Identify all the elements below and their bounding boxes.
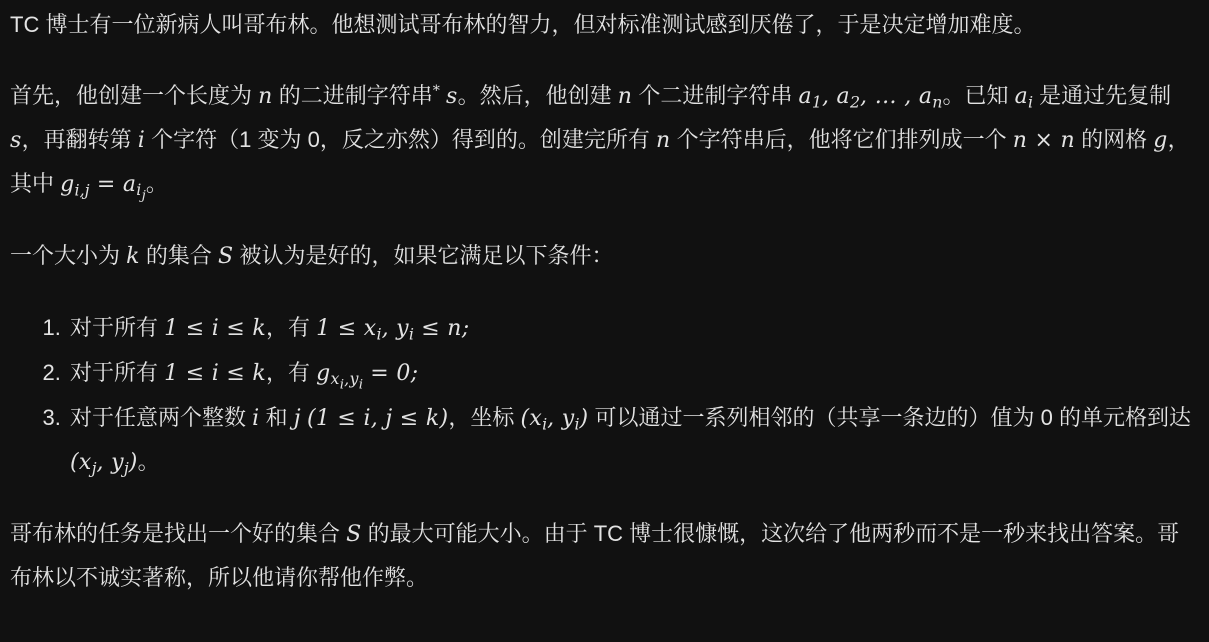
math-inline: n: [258, 84, 272, 109]
math-inline: =: [90, 172, 123, 197]
math-inline: S: [346, 522, 361, 547]
math-inline: ,: [382, 316, 397, 341]
math-inline: ;: [462, 316, 470, 341]
math-inline: ;: [411, 361, 419, 386]
math-inline: a2: [837, 84, 861, 109]
math-inline: = 0: [363, 361, 411, 386]
math-inline: s: [10, 128, 22, 153]
math-inline: ≤ n: [414, 316, 462, 341]
math-inline: xi: [364, 316, 382, 341]
math-inline: a1: [798, 84, 822, 109]
math-inline: 1 ≤: [316, 316, 364, 341]
list-item: 对于任意两个整数 i 和 j (1 ≤ i, j ≤ k)，坐标 (xi, yi…: [67, 396, 1201, 484]
math-inline: xj: [79, 450, 97, 475]
paragraph: 一个大小为 k 的集合 S 被认为是好的，如果它满足以下条件：: [10, 234, 1201, 278]
math-inline: i: [138, 128, 145, 153]
math-inline: yj: [111, 450, 129, 475]
math-inline: ,: [547, 406, 562, 431]
list-item: 对于所有 1 ≤ i ≤ k，有 1 ≤ xi, yi ≤ n;: [67, 306, 1201, 350]
list-item: 对于所有 1 ≤ i ≤ k，有 gxi,yi = 0;: [67, 351, 1201, 395]
paragraph: 哥布林的任务是找出一个好的集合 S 的最大可能大小。由于 TC 博士很慷慨，这次…: [10, 512, 1201, 599]
paragraph: 首先，他创建一个长度为 n 的二进制字符串* s。然后，他创建 n 个二进制字符…: [10, 74, 1201, 206]
math-inline: n × n: [1013, 128, 1075, 153]
math-inline: g: [1153, 128, 1167, 153]
math-inline: (: [70, 450, 79, 475]
math-inline: xi: [529, 406, 547, 431]
math-inline: s: [446, 84, 458, 109]
math-inline: ,: [822, 84, 837, 109]
math-inline: , … ,: [860, 84, 919, 109]
math-inline: aij: [123, 172, 146, 197]
math-inline: ): [580, 406, 589, 431]
math-inline: n: [618, 84, 632, 109]
problem-statement: TC 博士有一位新病人叫哥布林。他想测试哥布林的智力，但对标准测试感到厌倦了，于…: [0, 0, 1209, 642]
math-inline: ij: [136, 180, 146, 199]
math-inline: S: [218, 244, 233, 269]
math-inline: gxi,yi: [316, 361, 363, 386]
math-inline: k: [126, 244, 140, 269]
math-inline: (1 ≤ i, j ≤ k): [307, 406, 448, 431]
math-inline: yi: [349, 369, 363, 388]
math-inline: yi: [562, 406, 580, 431]
math-inline: ,: [97, 450, 112, 475]
footnote-marker: *: [433, 83, 440, 99]
math-inline: 1 ≤ i ≤ k: [164, 361, 266, 386]
math-inline: xi: [331, 369, 345, 388]
math-inline: 1 ≤ i ≤ k: [164, 316, 266, 341]
math-inline: ): [129, 450, 138, 475]
paragraph: TC 博士有一位新病人叫哥布林。他想测试哥布林的智力，但对标准测试感到厌倦了，于…: [10, 3, 1201, 46]
math-inline: gi,j: [60, 172, 89, 197]
math-inline: j: [294, 406, 301, 431]
math-inline: n: [656, 128, 670, 153]
math-inline: ai: [1015, 84, 1033, 109]
math-inline: i: [252, 406, 259, 431]
math-inline: an: [919, 84, 943, 109]
conditions-list: 对于所有 1 ≤ i ≤ k，有 1 ≤ xi, yi ≤ n;对于所有 1 ≤…: [10, 306, 1201, 484]
math-inline: yi: [396, 316, 414, 341]
